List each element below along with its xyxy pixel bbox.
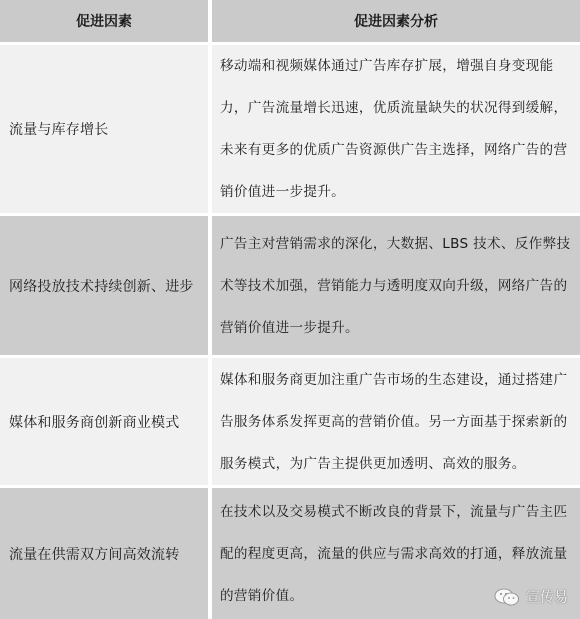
promotion-factors-table: 促进因素 促进因素分析 流量与库存增长 移动端和视频媒体通过广告库存扩展，增强自… bbox=[0, 0, 580, 619]
watermark-text: 宣传易 bbox=[526, 587, 568, 607]
analysis-cell: 移动端和视频媒体通过广告库存扩展，增强自身变现能力，广告流量增长迅速，优质流量缺… bbox=[212, 45, 580, 213]
analysis-cell: 媒体和服务商更加注重广告市场的生态建设，通过搭建广告服务体系发挥更高的营销价值。… bbox=[212, 358, 580, 485]
table-row: 媒体和服务商创新商业模式 媒体和服务商更加注重广告市场的生态建设，通过搭建广告服… bbox=[0, 358, 580, 485]
table-row: 网络投放技术持续创新、进步 广告主对营销需求的深化，大数据、LBS 技术、反作弊… bbox=[0, 216, 580, 355]
factor-cell: 网络投放技术持续创新、进步 bbox=[0, 216, 208, 355]
header-analysis: 促进因素分析 bbox=[212, 0, 580, 42]
factor-cell: 媒体和服务商创新商业模式 bbox=[0, 358, 208, 485]
watermark: 宣传易 bbox=[494, 587, 568, 607]
factor-cell: 流量在供需双方间高效流转 bbox=[0, 488, 208, 619]
factor-cell: 流量与库存增长 bbox=[0, 45, 208, 213]
analysis-cell: 广告主对营销需求的深化，大数据、LBS 技术、反作弊技术等技术加强，营销能力与透… bbox=[212, 216, 580, 355]
table-row: 流量在供需双方间高效流转 在技术以及交易模式不断改良的背景下，流量与广告主匹配的… bbox=[0, 488, 580, 619]
wechat-icon bbox=[494, 588, 520, 606]
table-row: 流量与库存增长 移动端和视频媒体通过广告库存扩展，增强自身变现能力，广告流量增长… bbox=[0, 45, 580, 213]
table-header-row: 促进因素 促进因素分析 bbox=[0, 0, 580, 42]
header-factor: 促进因素 bbox=[0, 0, 208, 42]
